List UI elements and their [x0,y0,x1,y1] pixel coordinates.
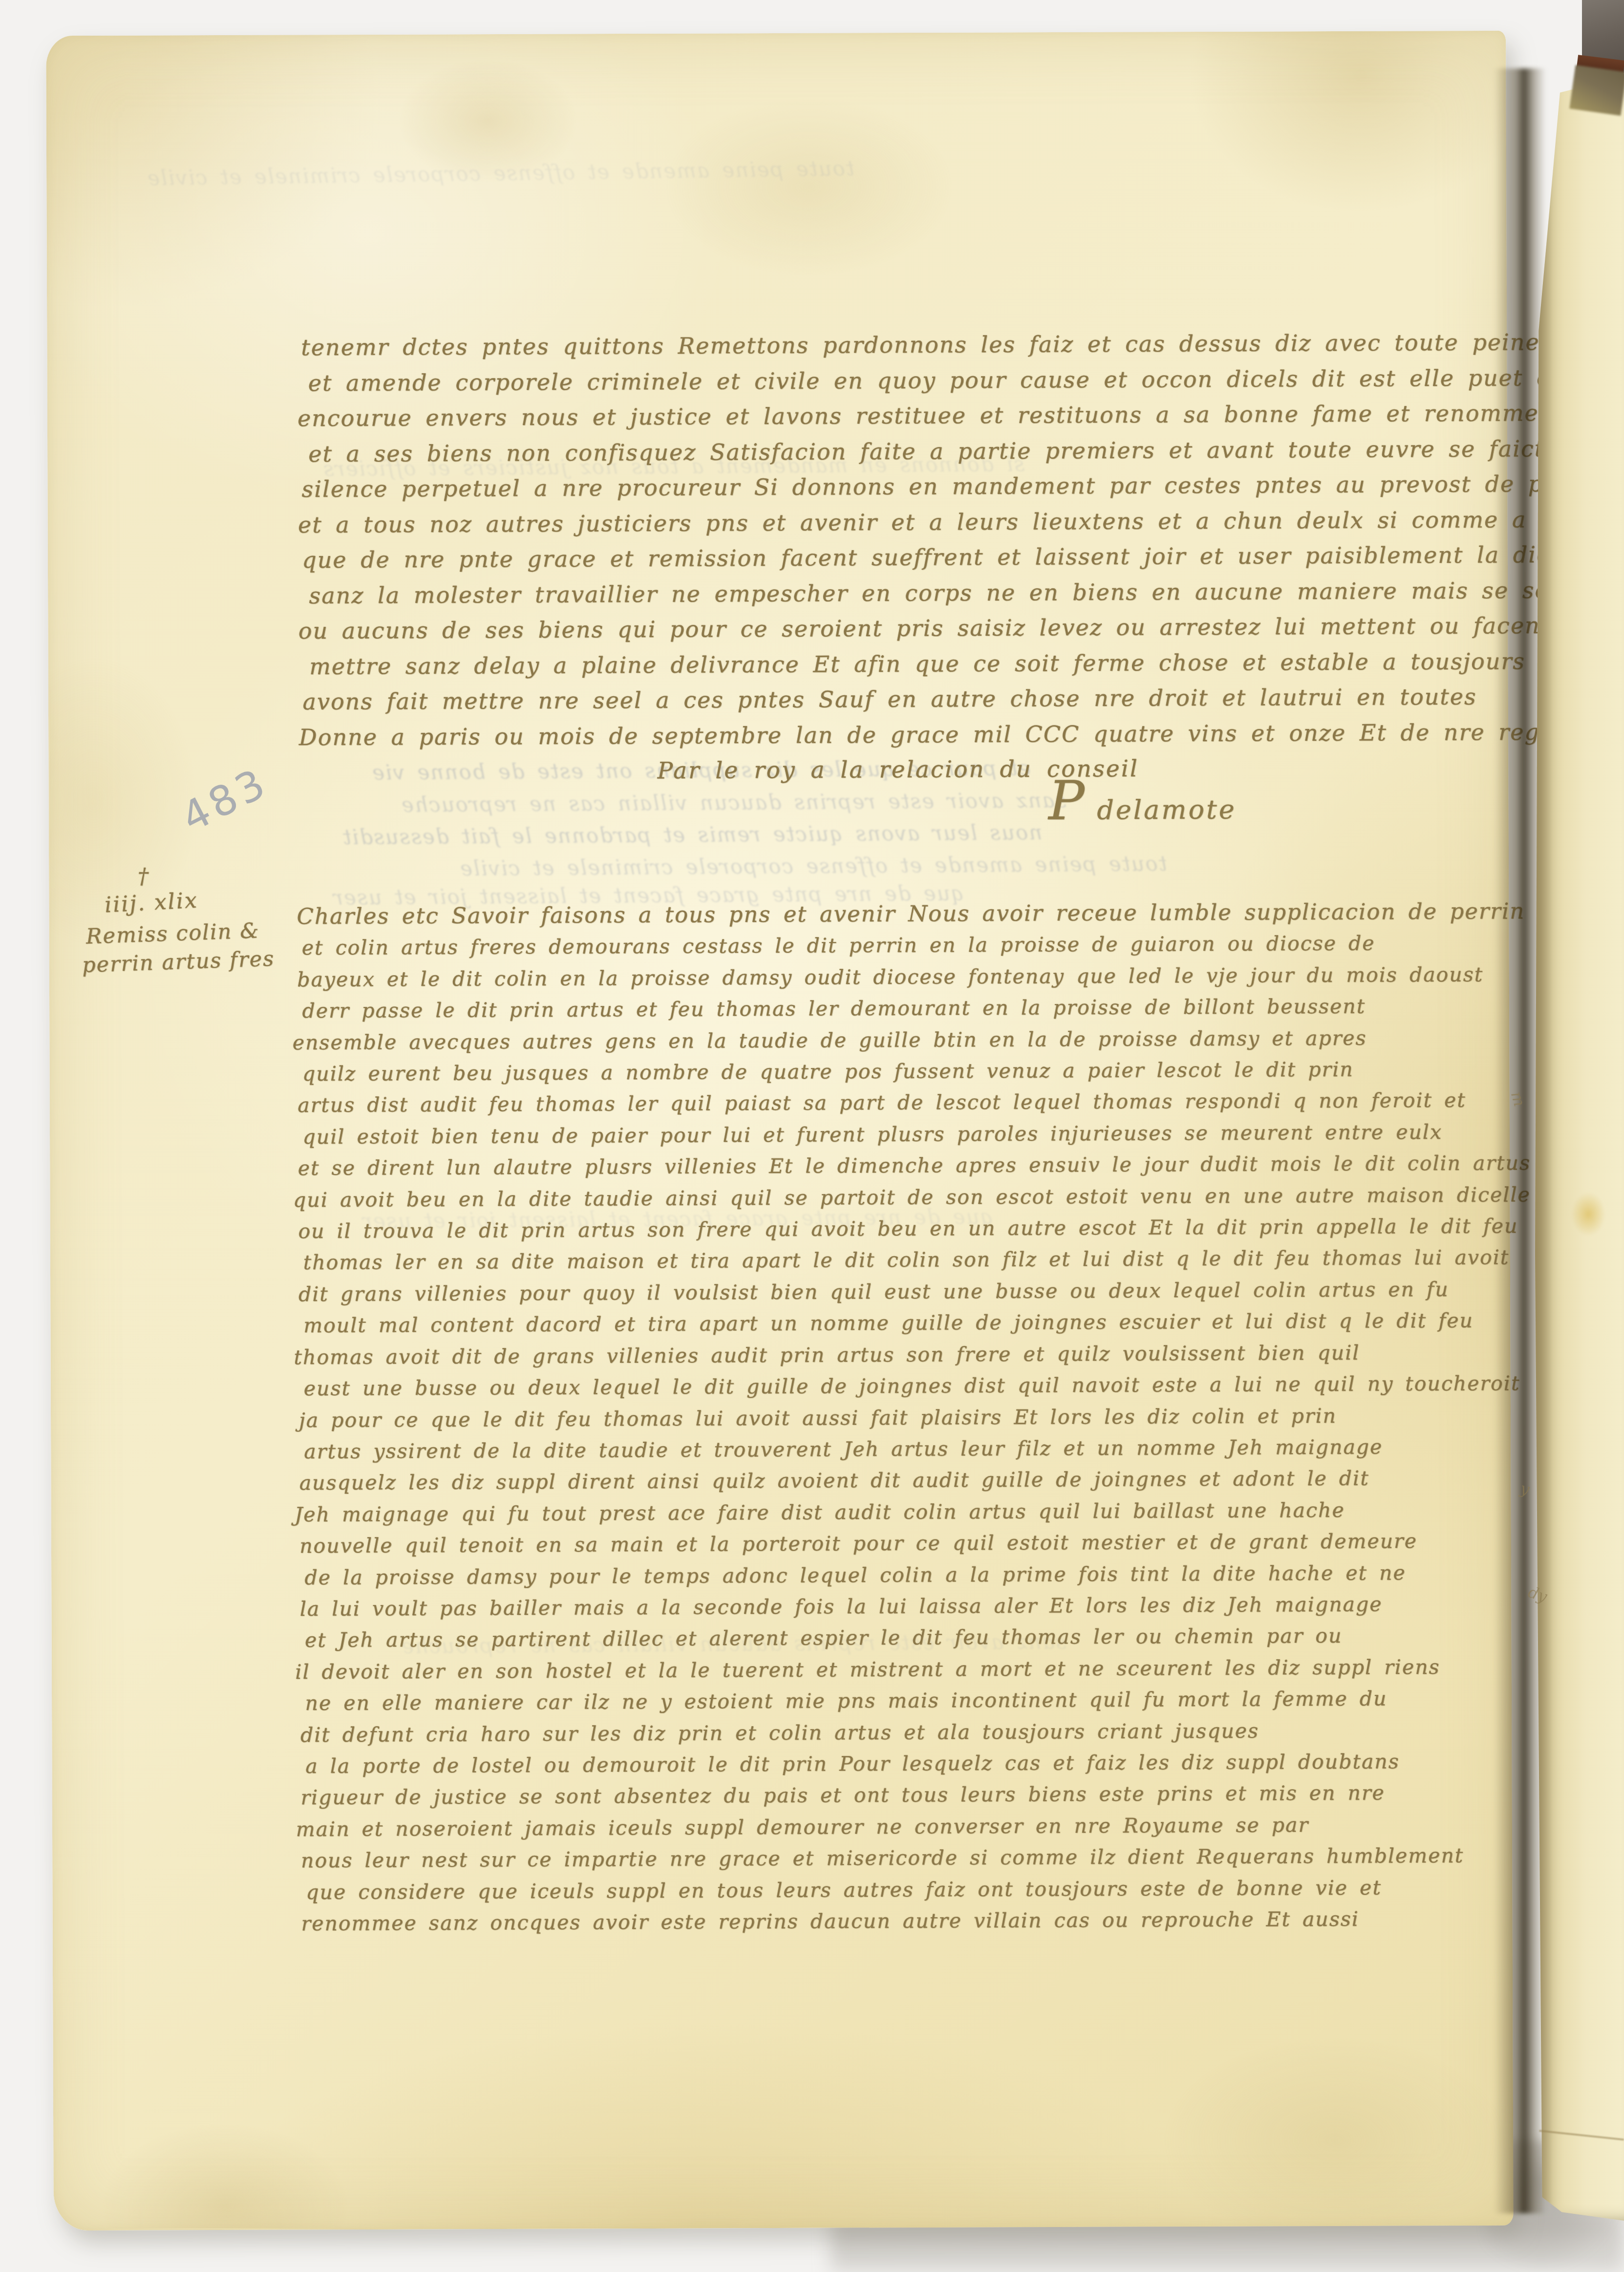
closing-line: tenemr dctes pntes quittons Remettons pa… [301,323,1624,365]
closing-line: et a ses biens non confisquez Satisfacio… [308,429,1624,472]
text-line: a la porte de lostel ou demouroit le dit… [305,1745,1624,1782]
text-line: Jeh maignage qui fu tout prest ace faire… [295,1493,1614,1530]
main-text-block: Charles etc Savoir faisons a tous pns et… [297,895,1620,1939]
text-line: rigueur de justice se sont absentez du p… [300,1776,1620,1813]
text-line: quil estoit bien tenu de paier pour lui … [302,1115,1622,1153]
closing-line: et amende corporele criminele et civile … [308,358,1624,401]
binding-pageblock [1569,65,1624,116]
text-line: et Jeh artus se partirent dillec et aler… [305,1619,1624,1656]
closing-line: mettre sanz delay a plaine delivrance Et… [309,642,1624,684]
text-line: ou il trouva le dit prin artus son frere… [298,1210,1617,1247]
text-line: bayeux et le dit colin en la proisse dam… [297,958,1616,995]
text-line: et colin artus freres demourans cestass … [302,926,1621,964]
text-line: de la proisse damsy pour le temps adonc … [304,1556,1624,1593]
closing-line: Donne a paris ou mois de septembre lan d… [299,713,1624,755]
text-line: artus yssirent de la dite taudie et trou… [304,1430,1623,1467]
text-line: quilz eurent beu jusques a nombre de qua… [302,1052,1622,1090]
closing-line: ou aucuns de ses biens qui pour ce seroi… [299,606,1624,649]
text-line: moult mal content dacord et tira apart u… [303,1304,1623,1341]
closing-line: silence perpetuel a nre procureur Si don… [301,465,1624,507]
text-line: thomas ler en sa dite maison et tira apa… [303,1242,1622,1279]
manuscript-scan: toute peine amende et offense corporele … [0,0,1624,2272]
bleedthrough-line: nous leur avons quicte remis et pardonne… [342,820,1043,849]
text-line: Charles etc Savoir faisons a tous pns et… [297,895,1616,932]
text-line: main et noseroient jamais iceuls suppl d… [296,1808,1615,1845]
next-leaf-edge [1535,73,1624,2221]
text-line: eust une busse ou deux lequel le dit gui… [304,1367,1623,1404]
closing-block: tenemr dctes pntes quittons Remettons pa… [301,323,1624,755]
closing-line: sanz la molester travaillier ne empesche… [309,571,1624,613]
text-line: et se dirent lun alautre plusrs villenie… [298,1147,1617,1184]
bleedthrough-line: toute peine amende et offense corporele … [459,852,1167,880]
text-line: il devoit aler en son hostel et la le tu… [295,1650,1614,1688]
text-line: artus dist audit feu thomas ler quil pai… [298,1084,1617,1121]
margin-cross-mark: † [138,864,149,889]
text-line: thomas avoit dit de grans villenies audi… [294,1336,1613,1373]
text-line: qui avoit beu en la dite taudie ainsi qu… [293,1179,1612,1216]
edge-stain [1571,1192,1605,1236]
text-line: ensemble avecques autres gens en la taud… [293,1021,1612,1058]
closing-line: que de nre pnte grace et remission facen… [302,536,1624,578]
authorization-line: Par le roy a la relacion du conseil [302,754,1494,786]
text-line: derr passe le dit prin artus et feu thom… [302,989,1621,1027]
text-line: ne en elle maniere car ilz ne y estoient… [305,1682,1624,1719]
margin-reference-number: iiij. xlix [104,888,199,918]
text-line: dit defunt cria haro sur les diz prin et… [300,1714,1620,1751]
text-line: renommee sanz oncques avoir este reprins… [301,1902,1620,1939]
closing-line: encourue envers nous et justice et lavon… [298,394,1624,436]
text-line: nous leur nest sur ce impartie nre grace… [301,1839,1620,1876]
text-line: ja pour ce que le dit feu thomas lui avo… [299,1399,1618,1436]
text-line: nouvelle quil tenoit en sa main et la po… [299,1524,1619,1562]
text-line: la lui voult pas bailler mais a la secon… [300,1587,1619,1625]
closing-line: avons fait mettre nre seel a ces pntes S… [302,677,1624,720]
closing-line: et a tous noz autres justiciers pns et a… [298,500,1624,543]
text-line: ausquelz les diz suppl dirent ainsi quil… [299,1461,1618,1499]
text-line: que considere que iceuls suppl en tous l… [306,1871,1624,1908]
bleedthrough-line: sanz avoir este reprins daucun villain c… [401,788,1066,817]
chancery-signature: P delamote [1048,790,1237,826]
text-line: dit grans villenies pour quoy il voulsis… [299,1273,1618,1310]
